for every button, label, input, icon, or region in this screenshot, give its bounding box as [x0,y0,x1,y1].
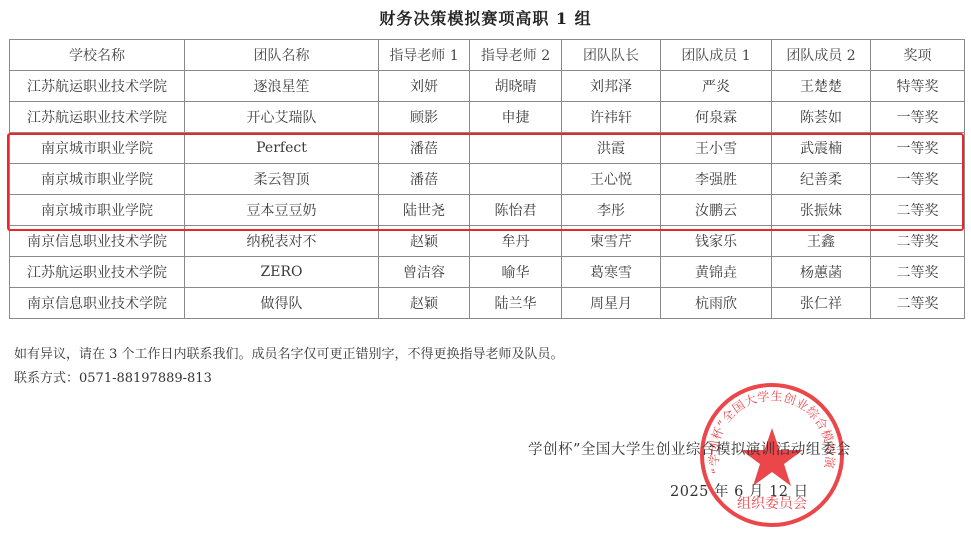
table-row: 南京信息职业技术学院 纳税表对不 赵颖 牟丹 柬雪芹 钱家乐 王鑫 二等奖 [10,226,965,257]
cell-school: 江苏航运职业技术学院 [10,102,185,133]
column-header-member-2: 团队成员 2 [772,40,871,71]
cell-member-2: 张仁祥 [772,288,871,319]
cell-team: 做得队 [185,288,379,319]
column-header-award: 奖项 [871,40,965,71]
cell-advisor-2: 申捷 [470,102,562,133]
cell-member-1: 汝鹏云 [661,195,772,226]
table-header-row: 学校名称 团队名称 指导老师 1 指导老师 2 团队队长 团队成员 1 团队成员… [10,40,965,71]
objection-note: 如有异议，请在 3 个工作日内联系我们。成员名字仅可更正错别字，不得更换指导老师… [14,343,564,362]
column-header-school: 学校名称 [10,40,185,71]
cell-captain: 王心悦 [562,164,661,195]
cell-award: 二等奖 [871,257,965,288]
cell-team: Perfect [185,133,379,164]
document-title: 财务决策模拟赛项高职 1 组 [0,6,971,29]
column-header-captain: 团队队长 [562,40,661,71]
organizer-signature: 学创杯”全国大学生创业综合模拟演训活动组委会 [528,438,851,459]
cell-member-2: 王鑫 [772,226,871,257]
cell-school: 南京城市职业学院 [10,195,185,226]
cell-member-1: 杭雨欣 [661,288,772,319]
cell-captain: 洪霞 [562,133,661,164]
cell-award: 一等奖 [871,133,965,164]
cell-advisor-1: 曾洁容 [379,257,470,288]
cell-award: 二等奖 [871,288,965,319]
cell-captain: 葛寒雪 [562,257,661,288]
cell-team: 纳税表对不 [185,226,379,257]
cell-advisor-2: 牟丹 [470,226,562,257]
cell-captain: 刘邦泽 [562,71,661,102]
cell-member-1: 黄锦垚 [661,257,772,288]
cell-advisor-1: 赵颖 [379,288,470,319]
cell-team: 柔云智顶 [185,164,379,195]
cell-captain: 周星月 [562,288,661,319]
cell-school: 南京城市职业学院 [10,133,185,164]
cell-school: 南京信息职业技术学院 [10,288,185,319]
results-table: 学校名称 团队名称 指导老师 1 指导老师 2 团队队长 团队成员 1 团队成员… [9,39,965,319]
table-row-highlighted: 南京城市职业学院 Perfect 潘蓓 洪霞 王小雪 武震楠 一等奖 [10,133,965,164]
cell-member-1: 严炎 [661,71,772,102]
contact-info: 联系方式：0571-88197889-813 [14,367,212,386]
cell-award: 二等奖 [871,226,965,257]
table-row: 江苏航运职业技术学院 逐浪星笙 刘妍 胡晓晴 刘邦泽 严炎 王楚楚 特等奖 [10,71,965,102]
column-header-team: 团队名称 [185,40,379,71]
cell-award: 特等奖 [871,71,965,102]
cell-award: 一等奖 [871,102,965,133]
table-row: 南京信息职业技术学院 做得队 赵颖 陆兰华 周星月 杭雨欣 张仁祥 二等奖 [10,288,965,319]
cell-advisor-2: 陈怡君 [470,195,562,226]
cell-team: 开心艾瑞队 [185,102,379,133]
cell-member-1: 王小雪 [661,133,772,164]
cell-advisor-1: 赵颖 [379,226,470,257]
cell-team: 豆本豆豆奶 [185,195,379,226]
cell-member-2: 武震楠 [772,133,871,164]
cell-advisor-2: 陆兰华 [470,288,562,319]
cell-member-2: 王楚楚 [772,71,871,102]
cell-member-1: 钱家乐 [661,226,772,257]
cell-captain: 李彤 [562,195,661,226]
cell-advisor-1: 潘蓓 [379,164,470,195]
column-header-member-1: 团队成员 1 [661,40,772,71]
cell-advisor-2: 喻华 [470,257,562,288]
cell-school: 江苏航运职业技术学院 [10,257,185,288]
cell-award: 一等奖 [871,164,965,195]
cell-captain: 许祎轩 [562,102,661,133]
table-row-highlighted: 南京城市职业学院 豆本豆豆奶 陆世尧 陈怡君 李彤 汝鹏云 张振妹 二等奖 [10,195,965,226]
column-header-advisor-1: 指导老师 1 [379,40,470,71]
cell-advisor-1: 陆世尧 [379,195,470,226]
cell-school: 南京信息职业技术学院 [10,226,185,257]
cell-school: 南京城市职业学院 [10,164,185,195]
cell-member-1: 李强胜 [661,164,772,195]
cell-captain: 柬雪芹 [562,226,661,257]
cell-school: 江苏航运职业技术学院 [10,71,185,102]
column-header-advisor-2: 指导老师 2 [470,40,562,71]
cell-advisor-2 [470,133,562,164]
cell-member-1: 何泉霖 [661,102,772,133]
cell-award: 二等奖 [871,195,965,226]
table-row: 江苏航运职业技术学院 ZERO 曾洁容 喻华 葛寒雪 黄锦垚 杨蕙菡 二等奖 [10,257,965,288]
cell-advisor-1: 刘妍 [379,71,470,102]
table-row: 江苏航运职业技术学院 开心艾瑞队 顾影 申捷 许祎轩 何泉霖 陈荟如 一等奖 [10,102,965,133]
cell-member-2: 张振妹 [772,195,871,226]
cell-advisor-2 [470,164,562,195]
cell-team: 逐浪星笙 [185,71,379,102]
cell-advisor-1: 潘蓓 [379,133,470,164]
signature-date: 2025 年 6 月 12 日 [670,480,809,501]
cell-member-2: 陈荟如 [772,102,871,133]
cell-advisor-1: 顾影 [379,102,470,133]
cell-team: ZERO [185,257,379,288]
cell-member-2: 杨蕙菡 [772,257,871,288]
cell-advisor-2: 胡晓晴 [470,71,562,102]
table-row-highlighted: 南京城市职业学院 柔云智顶 潘蓓 王心悦 李强胜 纪善柔 一等奖 [10,164,965,195]
cell-member-2: 纪善柔 [772,164,871,195]
